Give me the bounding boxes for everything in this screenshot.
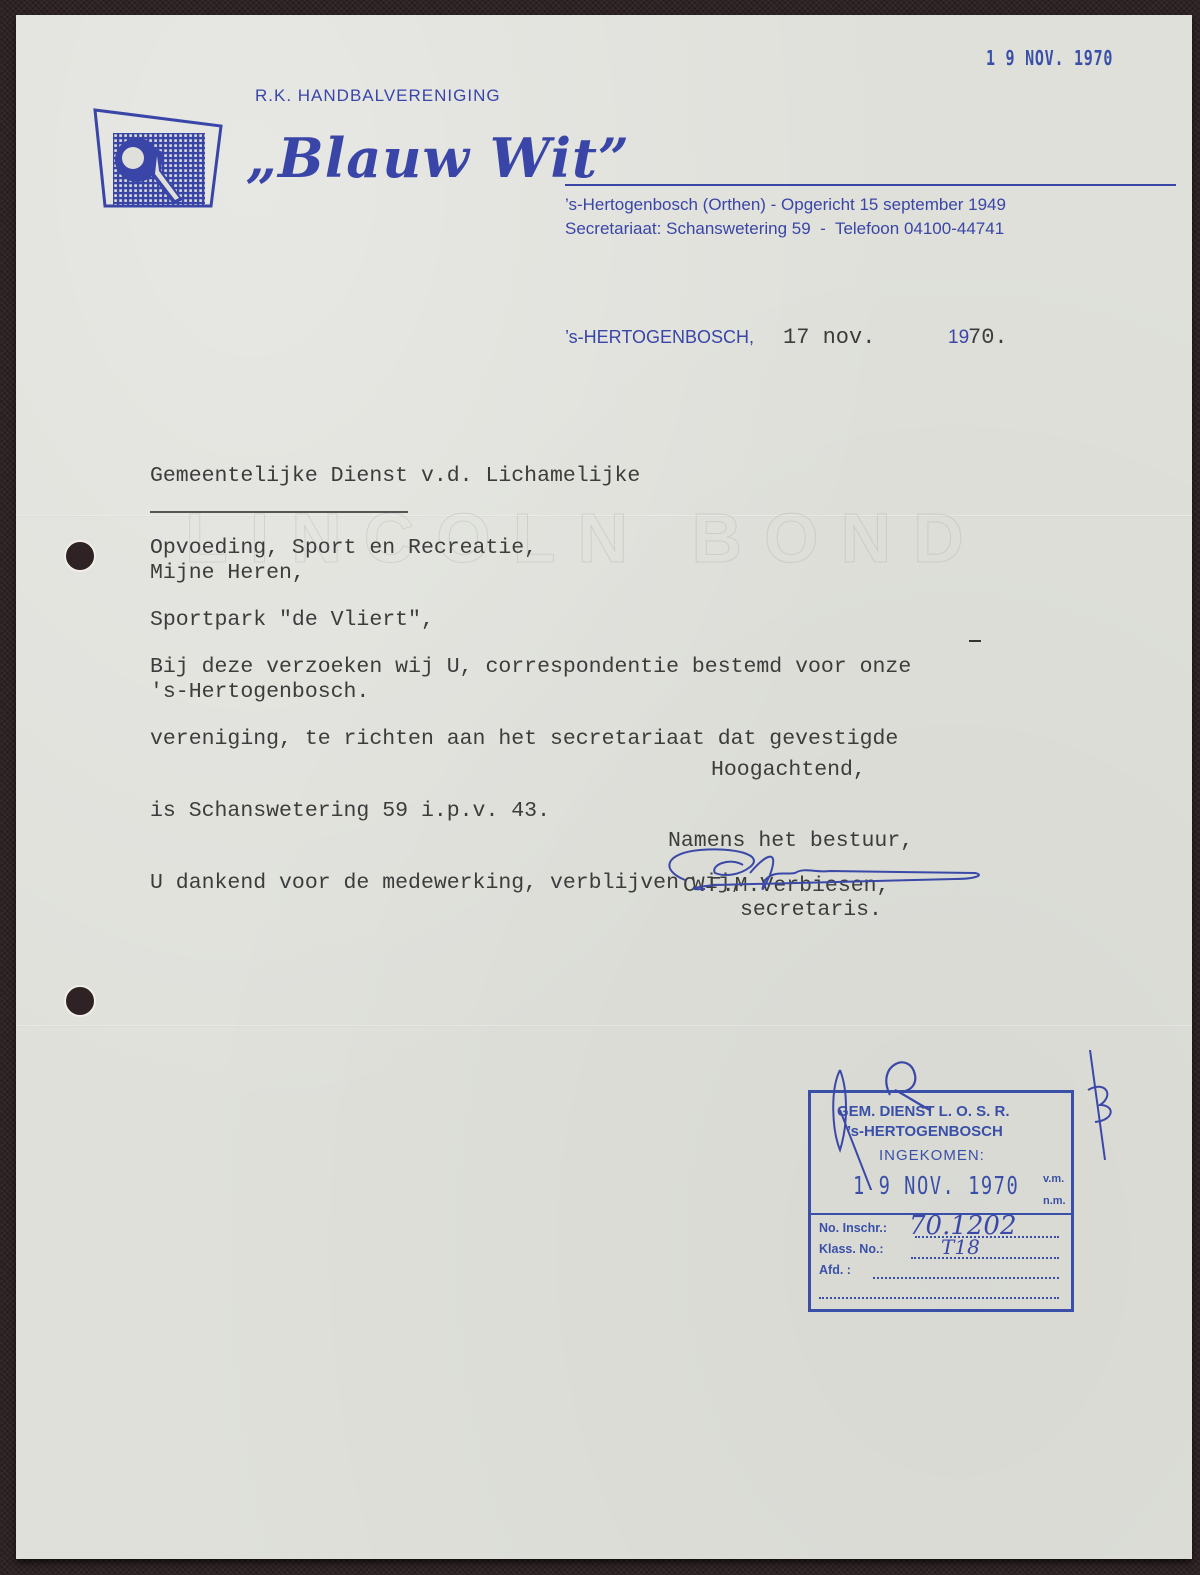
dateline-date: 17 nov.	[783, 325, 875, 350]
dateline-place: ’s-HERTOGENBOSCH,	[565, 327, 754, 348]
stamp-field-label: No. Inschr.:	[819, 1221, 887, 1235]
dateline-year-typed: 70.	[968, 325, 1008, 350]
club-label: R.K. HANDBALVERENIGING	[255, 86, 501, 106]
header-rule	[565, 184, 1176, 186]
stamp-field-label: Afd. :	[819, 1263, 851, 1277]
handwritten-initials-icon	[820, 1050, 1140, 1190]
punch-hole	[64, 540, 96, 572]
stamp-field-label: Klass. No.:	[819, 1242, 884, 1256]
stamp-field-line	[911, 1257, 1059, 1259]
dateline-year-printed: 19	[948, 327, 969, 349]
stamp-field-line	[873, 1277, 1059, 1279]
recipient-line: Gemeentelijke Dienst v.d. Lichamelijke	[150, 464, 640, 488]
letterhead-contact-line: Secretariaat: Schanswetering 59 - Telefo…	[565, 219, 1004, 239]
strikethrough-mark	[969, 640, 981, 642]
salutation: Mijne Heren,	[150, 561, 305, 585]
closing-greeting: Hoogachtend,	[711, 758, 866, 782]
letterhead-address-line: ’s-Hertogenbosch (Orthen) - Opgericht 15…	[565, 195, 1006, 215]
body-line: vereniging, te richten aan het secretari…	[150, 727, 911, 751]
stamp-nm: n.m.	[1043, 1195, 1066, 1207]
club-name: „Blauw Wit”	[246, 126, 630, 190]
paper-watermark: LINCOLN BOND	[185, 498, 986, 578]
body-line: Bij deze verzoeken wij U, correspondenti…	[150, 655, 911, 679]
stamp-field-line	[819, 1297, 1059, 1299]
handwritten-signature-icon	[655, 835, 985, 905]
fold-line	[16, 1025, 1192, 1027]
stamp-field-value: T18	[941, 1235, 980, 1259]
punch-hole	[64, 985, 96, 1017]
handball-goal-logo-icon	[93, 108, 223, 208]
received-date-stamp: 1 9 NOV. 1970	[986, 46, 1113, 70]
body-line: is Schanswetering 59 i.p.v. 43.	[150, 799, 911, 823]
